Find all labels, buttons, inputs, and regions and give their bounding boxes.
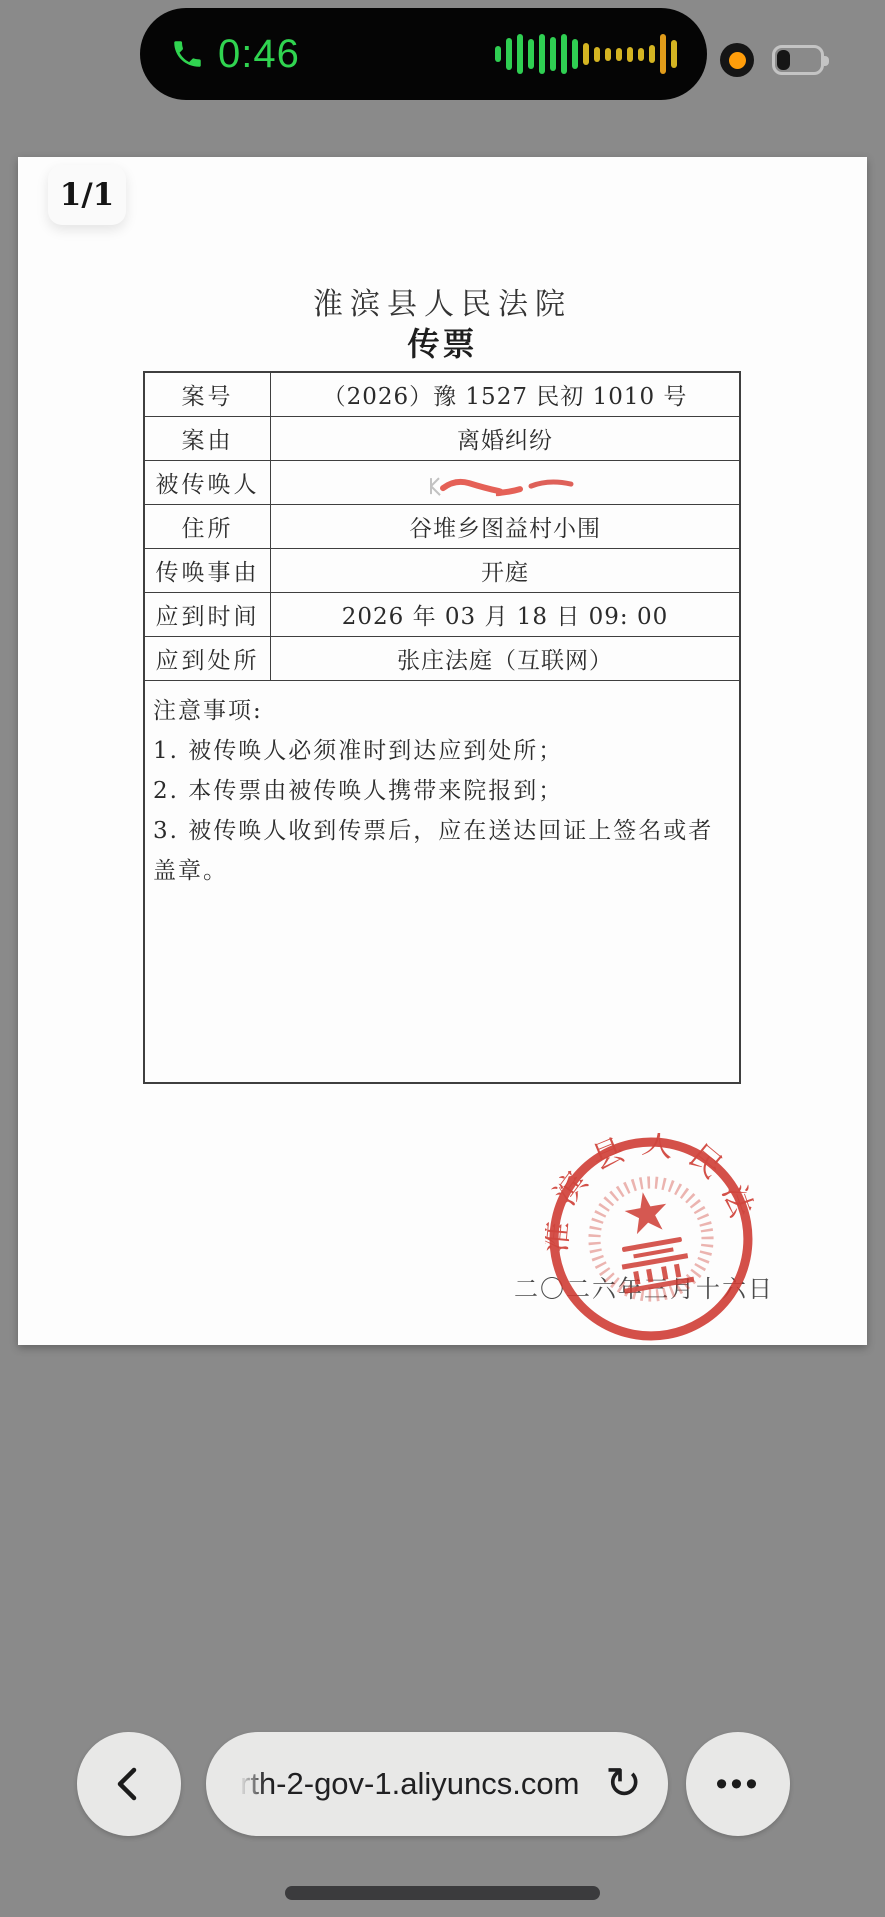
table-row: 被传唤人 [145,461,739,505]
notes-section: 注意事项: 1. 被传唤人必须准时到达应到处所；2. 本传票由被传唤人携带来院报… [145,681,739,1082]
summons-table-rows: 案号（2026）豫 1527 民初 1010 号案由离婚纠纷被传唤人住所谷堆乡图… [145,373,739,681]
row-value: 谷堆乡图益村小围 [271,505,739,548]
row-value: （2026）豫 1527 民初 1010 号 [271,373,739,416]
row-value: 张庄法庭（互联网） [271,637,739,680]
notes-heading: 注意事项: [153,691,731,731]
refresh-icon[interactable]: ↻ [605,1762,642,1806]
court-seal-icon: 淮滨县人民法院 [545,1133,757,1345]
row-value [271,461,739,504]
recording-indicator-icon[interactable] [720,43,754,77]
note-item: 1. 被传唤人必须准时到达应到处所； [153,731,731,771]
note-item: 2. 本传票由被传唤人携带来院报到； [153,771,731,811]
table-row: 案号（2026）豫 1527 民初 1010 号 [145,373,739,417]
row-value: 离婚纠纷 [271,417,739,460]
home-indicator[interactable] [285,1886,600,1900]
row-label: 被传唤人 [145,461,271,504]
back-chevron-icon [107,1762,151,1806]
url-bar[interactable]: rth-2-gov-1.aliyuncs.com ↻ [206,1732,668,1836]
table-row: 住所谷堆乡图益村小围 [145,505,739,549]
row-label: 应到处所 [145,637,271,680]
table-row: 传唤事由开庭 [145,549,739,593]
audio-waveform-icon [495,24,677,84]
url-text: rth-2-gov-1.aliyuncs.com [240,1766,595,1802]
notes-list: 1. 被传唤人必须准时到达应到处所；2. 本传票由被传唤人携带来院报到；3. 被… [153,731,731,891]
summons-table: 案号（2026）豫 1527 民初 1010 号案由离婚纠纷被传唤人住所谷堆乡图… [143,371,741,1084]
phone-screen: 0:46 1/1 淮滨县人民法院 传票 案号（2026）豫 1527 民初 10… [0,0,885,1917]
table-row: 应到时间2026 年 03 月 18 日 09: 00 [145,593,739,637]
row-label: 住所 [145,505,271,548]
svg-text:淮滨县人民法院: 淮滨县人民法院 [545,1133,757,1271]
phone-icon [170,37,204,71]
document-title: 传票 [18,319,867,365]
court-name-title: 淮滨县人民法院 [18,279,867,323]
row-label: 传唤事由 [145,549,271,592]
battery-nub [824,56,829,66]
row-value: 开庭 [271,549,739,592]
note-item: 3. 被传唤人收到传票后，应在送达回证上签名或者盖章。 [153,811,731,891]
table-row: 应到处所张庄法庭（互联网） [145,637,739,681]
battery-fill [777,50,790,70]
more-button[interactable]: ••• [686,1732,790,1836]
page-indicator-badge: 1/1 [48,165,126,225]
call-timer: 0:46 [218,32,300,77]
back-button[interactable] [77,1732,181,1836]
call-status-pill[interactable]: 0:46 [140,8,707,100]
table-row: 案由离婚纠纷 [145,417,739,461]
more-dots-icon: ••• [716,1767,761,1801]
row-label: 应到时间 [145,593,271,636]
row-label: 案由 [145,417,271,460]
row-label: 案号 [145,373,271,416]
document-page[interactable]: 1/1 淮滨县人民法院 传票 案号（2026）豫 1527 民初 1010 号案… [18,157,867,1345]
redaction-scribble [427,473,577,499]
battery-icon [772,45,824,75]
row-value: 2026 年 03 月 18 日 09: 00 [271,593,739,636]
